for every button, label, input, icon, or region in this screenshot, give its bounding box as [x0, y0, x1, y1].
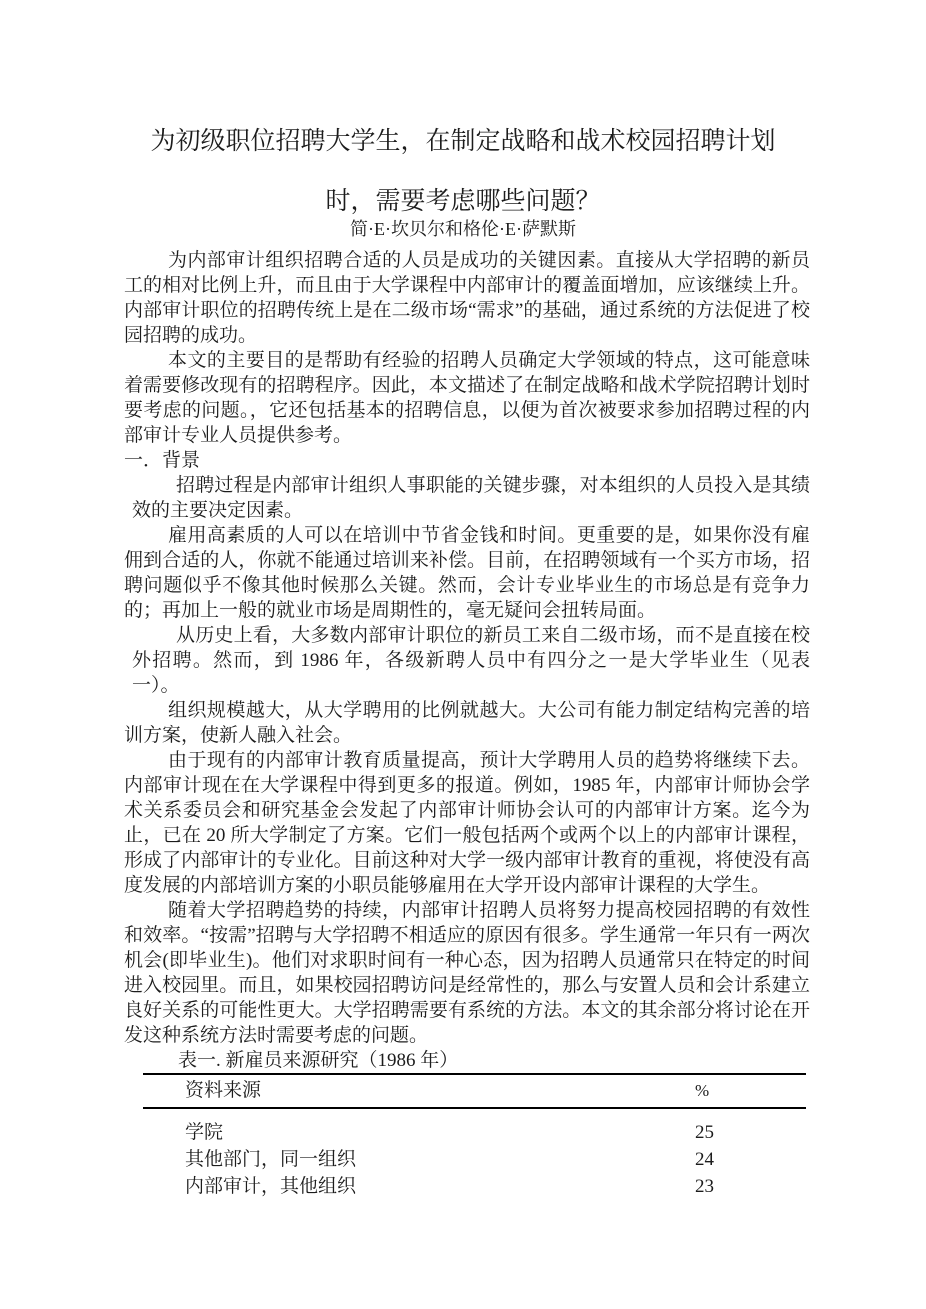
- paragraph-background-3: 从历史上看，大多数内部审计职位的新员工来自二级市场，而不是直接在校外招聘。然而，…: [124, 623, 810, 698]
- table-header-row: 资料来源 %: [143, 1075, 806, 1107]
- author-line: 简·E·坎贝尔和格伦·E·萨默斯: [0, 218, 926, 240]
- paragraph-intro-2: 本文的主要目的是帮助有经验的招聘人员确定大学领域的特点，这可能意味着需要修改现有…: [124, 348, 810, 448]
- document-body: 为内部审计组织招聘合适的人员是成功的关键因素。直接从大学招聘的新员工的相对比例上…: [124, 248, 810, 1200]
- cell-percent-college: 25: [695, 1119, 714, 1146]
- table-row-internal-audit-other-org: 内部审计，其他组织 23: [143, 1173, 806, 1200]
- cell-percent-other-department: 24: [695, 1146, 714, 1173]
- paragraph-background-2: 雇用高素质的人可以在培训中节省金钱和时间。更重要的是，如果你没有雇佣到合适的人，…: [124, 523, 810, 623]
- paragraph-background-4: 组织规模越大，从大学聘用的比例就越大。大公司有能力制定结构完善的培训方案，使新人…: [124, 698, 810, 748]
- paragraph-background-6: 随着大学招聘趋势的持续，内部审计招聘人员将努力提高校园招聘的有效性和效率。“按需…: [124, 898, 810, 1048]
- table-body: 学院 25 其他部门，同一组织 24 内部审计，其他组织 23: [143, 1109, 806, 1200]
- table-row-other-department: 其他部门，同一组织 24: [143, 1146, 806, 1173]
- cell-percent-internal-audit-other-org: 23: [695, 1173, 714, 1200]
- paragraph-intro-1: 为内部审计组织招聘合适的人员是成功的关键因素。直接从大学招聘的新员工的相对比例上…: [124, 248, 810, 348]
- paragraph-background-1: 招聘过程是内部审计组织人事职能的关键步骤，对本组织的人员投入是其绩效的主要决定因…: [124, 473, 810, 523]
- cell-source-other-department: 其他部门，同一组织: [185, 1149, 356, 1170]
- new-hire-source-table: 表一. 新雇员来源研究（1986 年） 资料来源 % 学院 25 其他部门，同一…: [143, 1048, 806, 1200]
- table-row-college: 学院 25: [143, 1119, 806, 1146]
- cell-source-college: 学院: [185, 1122, 223, 1143]
- cell-source-internal-audit-other-org: 内部审计，其他组织: [185, 1176, 356, 1197]
- column-header-percent: %: [695, 1078, 709, 1103]
- document-title: 为初级职位招聘大学生，在制定战略和战术校园招聘计划时，需要考虑哪些问题？: [150, 0, 776, 232]
- document-page: 为初级职位招聘大学生，在制定战略和战术校园招聘计划时，需要考虑哪些问题？ 简·E…: [0, 0, 926, 1309]
- table-caption: 表一. 新雇员来源研究（1986 年）: [143, 1048, 806, 1073]
- column-header-source: 资料来源: [185, 1080, 261, 1101]
- section-heading-background: 一．背景: [124, 448, 810, 473]
- paragraph-background-5: 由于现有的内部审计教育质量提高，预计大学聘用人员的趋势将继续下去。内部审计现在在…: [124, 748, 810, 898]
